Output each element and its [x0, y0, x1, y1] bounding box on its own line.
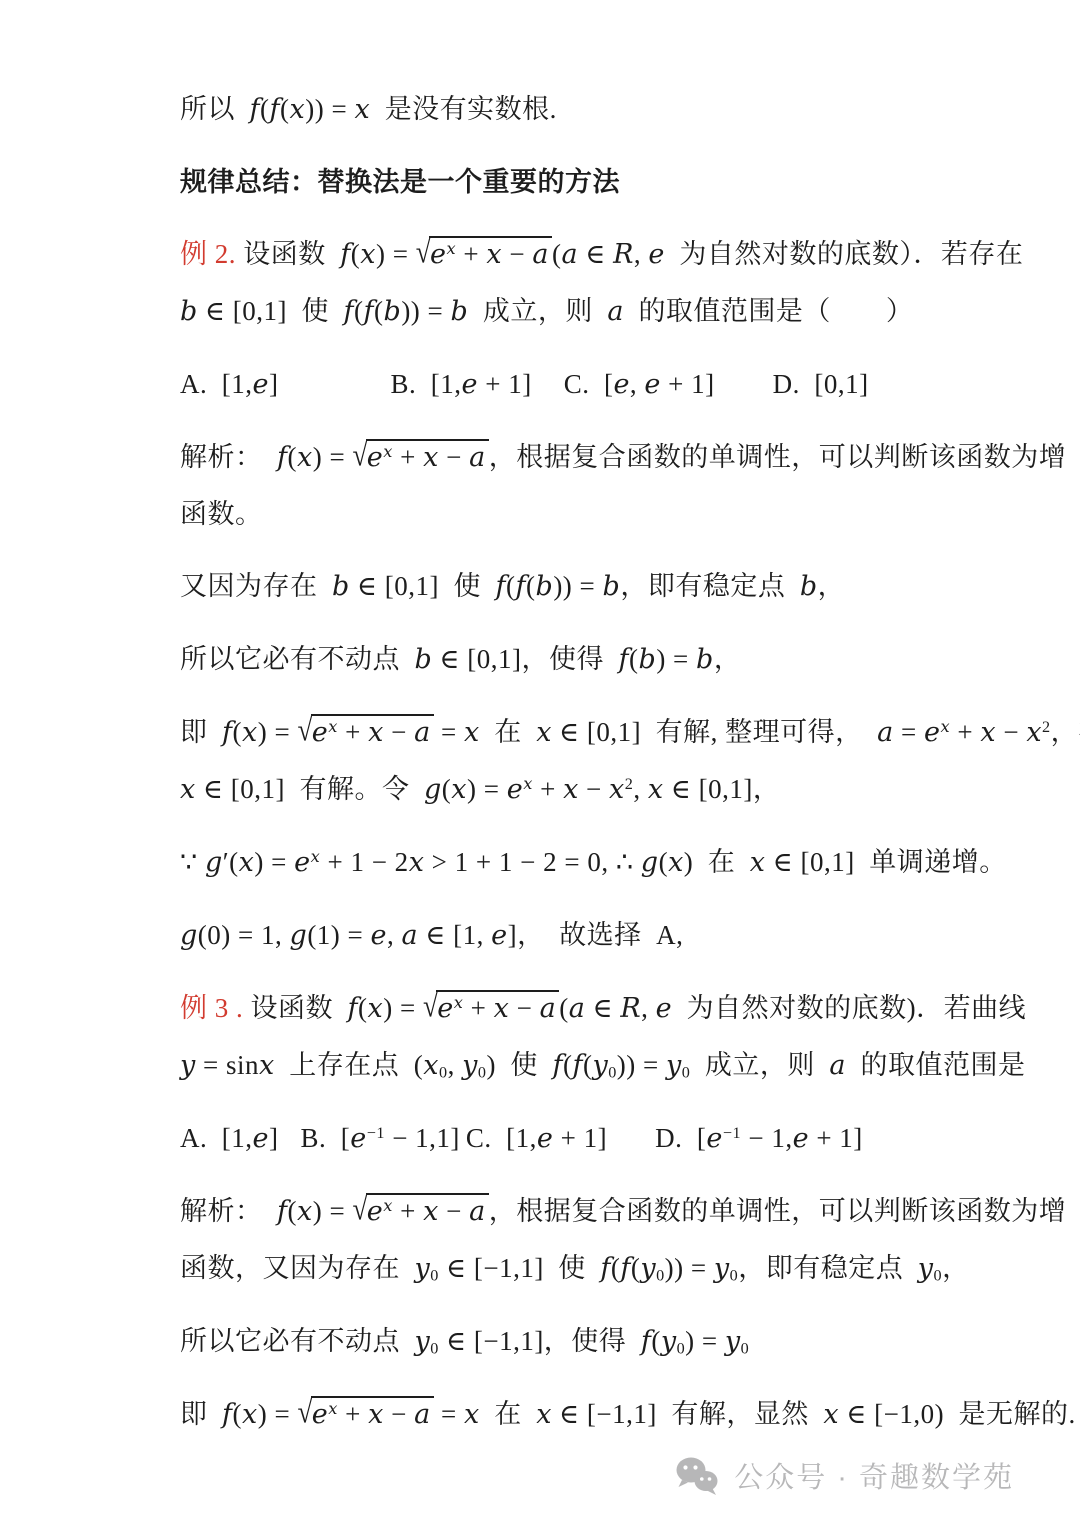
text-run: 0 [430, 1340, 439, 1358]
text-run: + [456, 239, 486, 269]
math-variable: x [940, 717, 950, 736]
text-run: 所以它必有不动点 [180, 1326, 415, 1356]
text-run: , [641, 993, 656, 1023]
math-variable: e [350, 1123, 366, 1154]
text-run: ( [611, 1253, 621, 1283]
math-variable: x [494, 993, 510, 1024]
math-variable: e [294, 847, 310, 878]
math-variable: f [572, 1050, 583, 1081]
example2-equation-line2: x ∈ [0,1] 有解。令 g(x) = ex + x − x2, x ∈ [… [180, 766, 1044, 813]
math-variable: b [415, 644, 433, 675]
math-variable: a [607, 296, 624, 327]
text-run: , [387, 920, 402, 950]
math-variable: x [451, 774, 467, 805]
text-run: ( [442, 774, 452, 804]
math-variable: y [415, 1253, 431, 1284]
example3-analysis-line1: 解析： f(x) = √ex + x − a，根据复合函数的单调性，可以判断该函… [180, 1188, 1044, 1235]
text-run: , [448, 1050, 463, 1080]
math-variable: f [277, 1196, 288, 1227]
radical-expression: √ex + x − a [416, 231, 552, 277]
math-variable: e [430, 239, 446, 270]
text-run: 规律总结：替换法是一个重要的方法 [180, 167, 620, 197]
example2-analysis-line1: 解析： f(x) = √ex + x − a，根据复合函数的单调性，可以判断该函… [180, 434, 1044, 481]
math-variable: x [648, 774, 664, 805]
subscript: 0 [656, 1267, 665, 1285]
math-variable: x [486, 239, 502, 270]
text-run: 所以 [180, 94, 250, 124]
math-variable: e [461, 369, 477, 400]
text-run: 所以它必有不动点 [180, 644, 415, 674]
math-variable: b [180, 296, 198, 327]
radical-sign-icon: √ [352, 1182, 367, 1236]
text-run: 函数，又因为存在 [180, 1253, 415, 1283]
text-run: ( [351, 239, 361, 269]
math-variable: x [423, 1196, 439, 1227]
math-variable: x [259, 1050, 275, 1081]
text-run: 在 [480, 1399, 537, 1429]
text-run: ( [506, 571, 516, 601]
text-run: ，根据复合函数的单调性，可以判断该函数为增 [489, 442, 1067, 472]
math-variable: x [383, 1196, 393, 1215]
math-variable: x [368, 717, 384, 748]
example3-fixed-point-line: 所以它必有不动点 y0 ∈ [−1,1]，使得 f(y0) = y0 [180, 1318, 1044, 1365]
math-variable: x [290, 94, 306, 125]
math-variable: g [205, 847, 223, 878]
radical-sign-icon: √ [352, 428, 367, 482]
subscript: 0 [430, 1267, 439, 1285]
math-variable: x [823, 1399, 839, 1430]
text-run: ∈ [0,1] 有解。令 [196, 774, 424, 804]
math-variable: x [311, 847, 321, 866]
math-variable: f [620, 1253, 631, 1284]
math-variable: e [253, 1123, 269, 1154]
subscript: 0 [677, 1340, 686, 1358]
radical-sign-icon: √ [416, 225, 431, 279]
subscript: 0 [430, 1340, 439, 1358]
math-variable: a [414, 717, 431, 748]
math-variable: b [800, 571, 818, 602]
text-run: ( [260, 94, 270, 124]
text-run: ] [269, 369, 279, 399]
superscript: x [383, 443, 393, 461]
text-run: ， [942, 1253, 970, 1283]
text-run: ∵ [180, 847, 205, 877]
math-variable: x [980, 717, 996, 748]
example3-analysis-line2: 函数，又因为存在 y0 ∈ [−1,1] 使 f(f(y0)) = y0，即有稳… [180, 1245, 1044, 1292]
text-run: 成立，则 [468, 296, 607, 326]
text-run: B. [1, [390, 369, 461, 399]
text-run: 成立，则 [690, 1050, 829, 1080]
text-run: ∈ [0,1] 单调递增。 [766, 847, 1007, 877]
example-label: 例 2. [180, 239, 236, 269]
text-run: 即 [180, 1399, 222, 1429]
math-variable: f [552, 1050, 563, 1081]
math-variable: f [222, 1399, 233, 1430]
text-run: ( [288, 442, 298, 472]
math-variable: a [569, 993, 586, 1024]
math-variable: x [464, 1399, 480, 1430]
radical-sign-icon: √ [297, 703, 312, 757]
text-run: ∈ [−1,1]，使得 [439, 1326, 641, 1356]
text-run: ) = [254, 847, 294, 877]
text-run: + [338, 717, 368, 747]
text-run: −1 [367, 1124, 385, 1142]
math-variable: e [367, 1196, 383, 1227]
superscript: −1 [723, 1124, 741, 1142]
math-variable: x [368, 1399, 384, 1430]
text-run: , [634, 239, 649, 269]
math-variable: e [537, 1123, 553, 1154]
text-run: (1) = [307, 920, 370, 950]
math-variable: R [620, 993, 641, 1024]
text-run: − [579, 774, 609, 804]
text-run: ( [233, 717, 243, 747]
math-variable: x [536, 717, 552, 748]
text-run: + 1] [553, 1123, 607, 1153]
math-variable: f [270, 94, 281, 125]
text-run: + 1 − 2 [320, 847, 408, 877]
text-run: ( [563, 1050, 573, 1080]
radical-expression: √ex + x − a [352, 434, 488, 480]
text-run: (0) = 1, [198, 920, 290, 950]
math-variable: y [661, 1326, 677, 1357]
radicand: ex + x − a [311, 714, 434, 750]
math-variable: x [536, 1399, 552, 1430]
radicand: ex + x − a [436, 990, 559, 1026]
subscript: 0 [608, 1064, 617, 1082]
text-run: ) = [258, 1399, 298, 1429]
text-run: ∈ [0,1] 使 [198, 296, 344, 326]
math-variable: a [540, 993, 557, 1024]
spacer [607, 1146, 655, 1147]
subscript: 0 [439, 1064, 448, 1082]
math-variable: x [368, 993, 384, 1024]
math-variable: x [454, 993, 464, 1012]
text-run: + 1] [661, 369, 715, 399]
math-variable: f [250, 94, 261, 125]
text-run: − [509, 993, 539, 1023]
superscript: x [383, 1197, 393, 1215]
math-variable: f [496, 571, 507, 602]
text-run: 0 [677, 1340, 686, 1358]
text-run: ∈ [−1,1] 有解，显然 [552, 1399, 823, 1429]
math-variable: x [297, 442, 313, 473]
text-run: ) = [258, 717, 298, 747]
text-run: C. [1, [466, 1123, 537, 1153]
spacer [715, 392, 773, 393]
text-run: ∈ [0,1] 使 [350, 571, 496, 601]
math-variable: y [462, 1050, 478, 1081]
text-run: ( [651, 1326, 661, 1356]
conclusion-line: 所以 f(f(x)) = x 是没有实数根. [180, 86, 1044, 133]
text-run: ) = [313, 1196, 353, 1226]
text-run: A. [1, [180, 1123, 253, 1153]
text-run: 设函数 [243, 993, 347, 1023]
math-variable: f [600, 1253, 611, 1284]
text-run: ) 使 [486, 1050, 552, 1080]
text-run: 为自然对数的底数）．若存在 [665, 239, 1024, 269]
text-run: 2 [1042, 718, 1051, 736]
text-run: = [434, 1399, 464, 1429]
text-run: + 1] [809, 1123, 863, 1153]
math-variable: x [180, 774, 196, 805]
radical-expression: √ex + x − a [352, 1188, 488, 1234]
math-variable: y [666, 1050, 682, 1081]
math-variable: x [409, 847, 425, 878]
math-variable: x [360, 239, 376, 270]
text-run: ∈ [578, 239, 613, 269]
example2-answer-line: g(0) = 1, g(1) = e, a ∈ [1, e]， 故选择 A, [180, 912, 1044, 959]
radicand: ex + x − a [429, 236, 552, 272]
text-run: + [533, 774, 563, 804]
radical-expression: √ex + x − a [297, 1391, 433, 1437]
example2-choices-row: A. [1,e]B. [1,e + 1]C. [e, e + 1]D. [0,1… [180, 361, 1044, 408]
math-variable: x [609, 774, 625, 805]
math-variable: y [592, 1050, 608, 1081]
superscript: x [454, 994, 464, 1012]
radicand: ex + x − a [366, 439, 489, 475]
math-variable: f [364, 296, 375, 327]
text-run: ∈ [0,1]， [664, 774, 781, 804]
math-variable: f [222, 717, 233, 748]
text-run: 0 [730, 1267, 739, 1285]
math-variable: y [714, 1253, 730, 1284]
math-variable: a [532, 239, 549, 270]
text-run: ( [233, 1399, 243, 1429]
math-variable: e [437, 993, 453, 1024]
text-run: 解析： [180, 1196, 277, 1226]
text-run: 0 [934, 1267, 943, 1285]
text-run: 设函数 [236, 239, 340, 269]
text-run: + [393, 1196, 423, 1226]
text-run: )) = [553, 571, 602, 601]
example2-title-line1: 例 2. 设函数 f(x) = √ex + x − a(a ∈ R, e 为自然… [180, 231, 1044, 278]
math-variable: e [924, 717, 940, 748]
text-run: C. [ [564, 369, 614, 399]
text-run: , [633, 774, 648, 804]
math-variable: x [242, 1399, 258, 1430]
text-run: + 1] [478, 369, 532, 399]
text-run: ) = [376, 239, 416, 269]
text-run: 0 [608, 1064, 617, 1082]
math-variable: a [402, 920, 419, 951]
radicand: ex + x − a [366, 1193, 489, 1229]
text-run: )) = [401, 296, 450, 326]
radical-sign-icon: √ [423, 979, 438, 1033]
math-variable: b [332, 571, 350, 602]
math-variable: x [328, 1399, 338, 1418]
example3-choices-row: A. [1,e]B. [e−1 − 1,1]C. [1,e + 1]D. [e−… [180, 1115, 1044, 1162]
math-variable: x [464, 717, 480, 748]
math-variable: e [491, 920, 507, 951]
text-run: ) = [383, 993, 423, 1023]
text-run: 解析： [180, 442, 277, 472]
math-variable: x [1026, 717, 1042, 748]
text-run: ， [818, 571, 846, 601]
text-run: 函数。 [180, 499, 263, 529]
text-run: ( [526, 571, 536, 601]
math-variable: x [668, 847, 684, 878]
spacer [278, 392, 390, 393]
text-run: −1 [723, 1124, 741, 1142]
example3-title-line1: 例 3 . 设函数 f(x) = √ex + x − a(a ∈ R, e 为自… [180, 985, 1044, 1032]
text-run: 0 [439, 1064, 448, 1082]
text-run: 0 [656, 1267, 665, 1285]
watermark-footer: 公众号 · 奇趣数学苑 [674, 1455, 1014, 1496]
watermark-text: 公众号 · 奇趣数学苑 [734, 1455, 1014, 1496]
math-variable: e [507, 774, 523, 805]
math-variable: f [619, 644, 630, 675]
math-variable: x [242, 717, 258, 748]
math-variable: e [371, 920, 387, 951]
radical-expression: √ex + x − a [423, 985, 559, 1031]
subscript: 0 [934, 1267, 943, 1285]
math-variable: b [639, 644, 657, 675]
math-variable: f [344, 296, 355, 327]
text-run: ′( [223, 847, 239, 877]
text-run: D. [ [655, 1123, 706, 1153]
superscript: x [447, 240, 457, 258]
text-run: ( [358, 993, 368, 1023]
text-run: + [463, 993, 493, 1023]
text-run: ， [714, 644, 742, 674]
text-run: ∈ [1, [418, 920, 491, 950]
text-run: A. [1, [180, 369, 253, 399]
math-variable: f [277, 442, 288, 473]
text-run: ) = [685, 1326, 725, 1356]
example3-equation-line: 即 f(x) = √ex + x − a = x 在 x ∈ [−1,1] 有解… [180, 1391, 1044, 1438]
text-run: B. [ [300, 1123, 350, 1153]
math-variable: y [415, 1326, 431, 1357]
text-run: = sin [196, 1050, 259, 1080]
example2-equation-line1: 即 f(x) = √ex + x − a = x 在 x ∈ [0,1] 有解,… [180, 709, 1044, 756]
text-run: ]， 故选择 A, [508, 920, 684, 950]
math-variable: x [750, 847, 766, 878]
math-variable: y [725, 1326, 741, 1357]
text-run: ) = [656, 644, 696, 674]
math-variable: x [239, 847, 255, 878]
text-run: 在 [480, 717, 537, 747]
text-run: − 1,1] [385, 1123, 460, 1153]
text-run: − [996, 717, 1026, 747]
text-run: 的取值范围是（ ） [624, 296, 914, 326]
math-variable: e [644, 369, 660, 400]
spacer [278, 1146, 300, 1147]
math-variable: x [447, 239, 457, 258]
superscript: x [311, 848, 321, 866]
text-run: 即 [180, 717, 222, 747]
document-body: 所以 f(f(x)) = x 是没有实数根.规律总结：替换法是一个重要的方法例 … [0, 0, 1080, 1438]
math-variable: x [523, 774, 533, 793]
math-variable: e [367, 442, 383, 473]
math-variable: b [536, 571, 554, 602]
text-run: ∈ [0,1]，使得 [432, 644, 618, 674]
text-run: ( [631, 1253, 641, 1283]
text-run: = [434, 717, 464, 747]
subscript: 0 [730, 1267, 739, 1285]
text-run: − [384, 1399, 414, 1429]
superscript: x [940, 718, 950, 736]
document-page: 所以 f(f(x)) = x 是没有实数根.规律总结：替换法是一个重要的方法例 … [0, 0, 1080, 1438]
math-variable: f [641, 1326, 652, 1357]
math-variable: a [469, 442, 486, 473]
text-run: 是没有实数根. [370, 94, 557, 124]
text-run: ∈ [585, 993, 620, 1023]
text-run: ) = [313, 442, 353, 472]
superscript: x [328, 718, 338, 736]
radicand: ex + x − a [311, 1396, 434, 1432]
radical-sign-icon: √ [297, 1385, 312, 1439]
math-variable: a [829, 1050, 846, 1081]
text-run: + [338, 1399, 368, 1429]
text-run: − [439, 1196, 469, 1226]
math-variable: f [340, 239, 351, 270]
math-variable: e [793, 1123, 809, 1154]
math-variable: x [423, 1050, 439, 1081]
text-run: = [894, 717, 924, 747]
text-run: ) = [467, 774, 507, 804]
math-variable: y [180, 1050, 196, 1081]
text-run: ( [280, 94, 290, 124]
math-variable: x [328, 717, 338, 736]
text-run: 0 [430, 1267, 439, 1285]
text-run: − [502, 239, 532, 269]
text-run: 为自然对数的底数)．若曲线 [672, 993, 1026, 1023]
math-variable: a [877, 717, 894, 748]
math-variable: e [312, 1399, 328, 1430]
text-run: ，根据复合函数的单调性，可以判断该函数为增 [489, 1196, 1067, 1226]
text-run: ∈ [−1,1] 使 [439, 1253, 600, 1283]
math-variable: a [469, 1196, 486, 1227]
example3-title-line2: y = sinx 上存在点 (x0, y0) 使 f(f(y0)) = y0 成… [180, 1042, 1044, 1089]
text-run: ( [374, 296, 384, 326]
text-run: ( [629, 644, 639, 674]
math-variable: y [918, 1253, 934, 1284]
math-variable: e [648, 239, 664, 270]
text-run: D. [0,1] [773, 369, 869, 399]
subscript: 0 [741, 1340, 750, 1358]
text-run: ( [583, 1050, 593, 1080]
text-run: , [630, 369, 645, 399]
text-run: ，在 [1051, 717, 1080, 747]
example2-analysis-line2: 函数。 [180, 491, 1044, 537]
math-variable: a [561, 239, 578, 270]
text-run: ，即有稳定点 [620, 571, 800, 601]
text-run: − 1, [741, 1123, 792, 1153]
text-run: − [439, 442, 469, 472]
math-variable: b [603, 571, 621, 602]
math-variable: b [696, 644, 714, 675]
math-variable: b [384, 296, 402, 327]
math-variable: x [297, 1196, 313, 1227]
math-variable: e [656, 993, 672, 1024]
text-run: )) = [305, 94, 354, 124]
math-variable: e [253, 369, 269, 400]
math-variable: x [423, 442, 439, 473]
text-run: ( [659, 847, 669, 877]
math-variable: R [613, 239, 634, 270]
example-label: 例 3 . [180, 993, 243, 1023]
example2-fixed-point-line: 所以它必有不动点 b ∈ [0,1]，使得 f(b) = b， [180, 636, 1044, 683]
text-run: 的取值范围是 [846, 1050, 1026, 1080]
spacer [532, 392, 564, 393]
math-variable: f [516, 571, 527, 602]
text-run: )) = [665, 1253, 714, 1283]
superscript: −1 [367, 1124, 385, 1142]
text-run: ∈ [0,1] 有解, 整理可得， [552, 717, 877, 747]
example2-derivative-line: ∵ g′(x) = ex + 1 − 2x > 1 + 1 − 2 = 0, ∴… [180, 839, 1044, 886]
superscript: x [523, 775, 533, 793]
